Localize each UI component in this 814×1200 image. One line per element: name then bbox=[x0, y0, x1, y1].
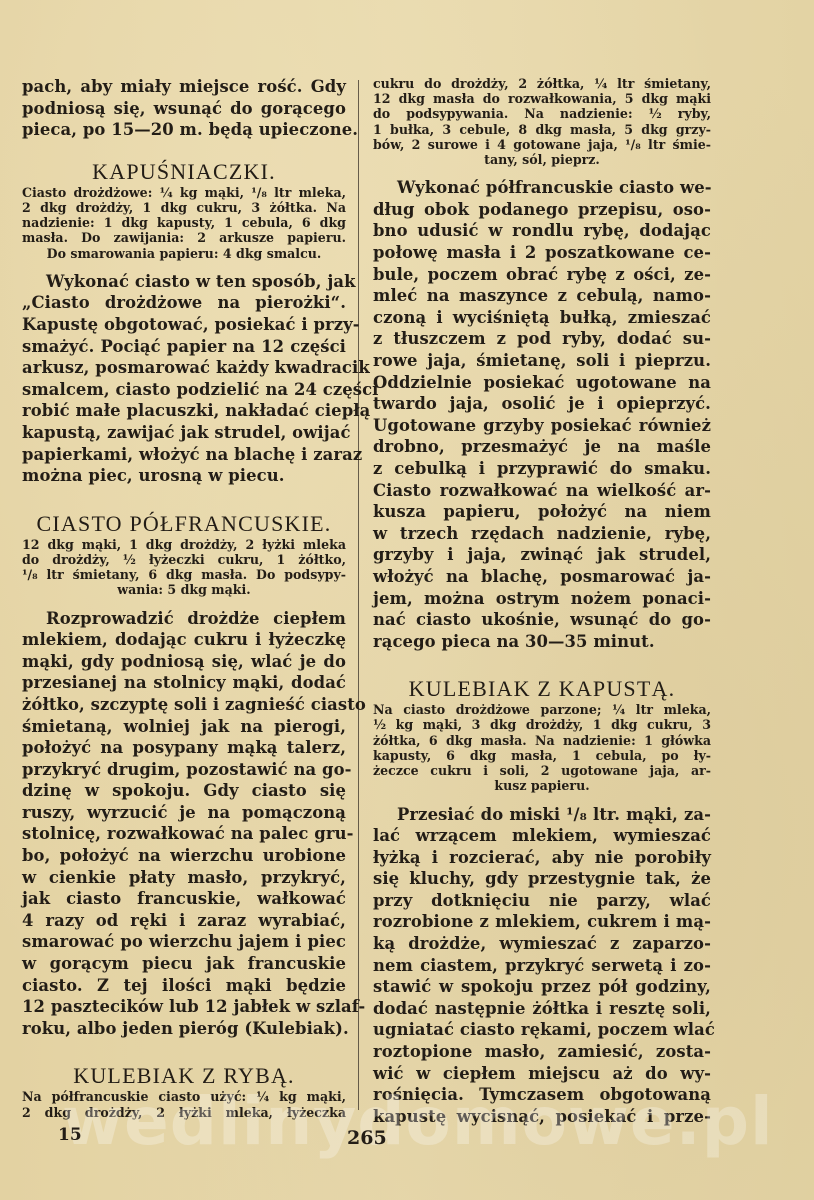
recipe-title-ciasto-polfrancuskie: CIASTO PÓŁFRANCUSKIE. bbox=[22, 511, 346, 537]
signature-mark: 15 bbox=[58, 1125, 82, 1145]
ingredient-line: kapusty, 6 dkg masła, 1 cebula, po ły- bbox=[373, 748, 711, 763]
text-line: podniosą się, wsunąć do gorącego bbox=[22, 98, 346, 120]
text-line: robić małe placuszki, nakładać ciepłą bbox=[22, 400, 346, 422]
text-line: grzyby i jaja, zwinąć jak strudel, bbox=[373, 544, 711, 566]
text-line: żółtko, szczyptę soli i zagnieść ciasto bbox=[22, 694, 346, 716]
book-page: pach, aby miały miejsce rość. Gdy podnio… bbox=[0, 0, 814, 1200]
text-line: pieca, po 15—20 m. będą upieczone. bbox=[22, 119, 346, 141]
ingredient-line: nadzienie: 1 dkg kapusty, 1 cebula, 6 dk… bbox=[22, 215, 346, 230]
text-line: przykryć drugim, pozostawić na go- bbox=[22, 759, 346, 781]
intro-paragraph: pach, aby miały miejsce rość. Gdy podnio… bbox=[22, 76, 346, 141]
watermark: wedlinydomowe.pl bbox=[62, 1083, 762, 1160]
text-line: Oddzielnie posiekać ugotowane na bbox=[373, 372, 711, 394]
text-line: „Ciasto drożdżowe na pierożki“. bbox=[22, 292, 346, 314]
text-line: rącego pieca na 30—35 minut. bbox=[373, 631, 711, 653]
text-line: smarować po wierzchu jajem i piec bbox=[22, 931, 346, 953]
text-line: mąki, gdy podniosą się, wlać je do bbox=[22, 651, 346, 673]
text-line: dodać następnie żółtka i resztę soli, bbox=[373, 998, 711, 1020]
text-line: Wykonać półfrancuskie ciasto we- bbox=[373, 177, 711, 199]
text-line: kusza papieru, położyć na niem bbox=[373, 501, 711, 523]
text-line: wić w ciepłem miejscu aż do wy- bbox=[373, 1063, 711, 1085]
text-line: Kapustę obgotować, posiekać i przy- bbox=[22, 314, 346, 336]
instructions-kulebiak-z-ryba: Wykonać półfrancuskie ciasto we- dług ob… bbox=[373, 177, 711, 652]
text-line: czoną i wyciśniętą bułką, zmieszać bbox=[373, 307, 711, 329]
ingredient-line: 1 bułka, 3 cebule, 8 dkg masła, 5 dkg gr… bbox=[373, 122, 711, 137]
text-line: 12 pasztecików lub 12 jabłek w szlaf- bbox=[22, 996, 346, 1018]
text-line: ugniatać ciasto rękami, poczem wlać bbox=[373, 1019, 711, 1041]
ingredient-line: Ciasto drożdżowe: ¼ kg mąki, ¹/₈ ltr mle… bbox=[22, 185, 346, 200]
text-line: kapustą, zawijać jak strudel, owijać bbox=[22, 422, 346, 444]
ingredient-line: żółtka, 6 dkg masła. Na nadzienie: 1 głó… bbox=[373, 733, 711, 748]
text-line: Ugotowane grzyby posiekać również bbox=[373, 415, 711, 437]
ingredient-line: ¹/₈ ltr śmietany, 6 dkg masła. Do podsyp… bbox=[22, 567, 346, 582]
text-line: położyć na posypany mąką talerz, bbox=[22, 737, 346, 759]
text-line: 4 razy od ręki i zaraz wyrabiać, bbox=[22, 910, 346, 932]
instructions-kapusniaczki: Wykonać ciasto w ten sposób, jak „Ciasto… bbox=[22, 271, 346, 487]
ingredient-line: 12 dkg mąki, 1 dkg drożdży, 2 łyżki mlek… bbox=[22, 537, 346, 552]
text-line: Wykonać ciasto w ten sposób, jak bbox=[22, 271, 346, 293]
ingredient-line: 2 dkg drożdży, 1 dkg cukru, 3 żółtka. Na bbox=[22, 200, 346, 215]
ingredients-ciasto-polfrancuskie: 12 dkg mąki, 1 dkg drożdży, 2 łyżki mlek… bbox=[22, 537, 346, 598]
text-line: łyżką i rozcierać, aby nie porobiły bbox=[373, 847, 711, 869]
ingredient-line: tany, sól, pieprz. bbox=[373, 152, 711, 167]
text-line: Przesiać do miski ¹/₈ ltr. mąki, za- bbox=[373, 804, 711, 826]
ingredient-line: wania: 5 dkg mąki. bbox=[22, 582, 346, 597]
text-line: Rozprowadzić drożdże ciepłem bbox=[22, 608, 346, 630]
page-number: 265 bbox=[347, 1127, 387, 1149]
ingredient-line: bów, 2 surowe i 4 gotowane jaja, ¹/₈ ltr… bbox=[373, 137, 711, 152]
text-line: mleć na maszynce z cebulą, namo- bbox=[373, 285, 711, 307]
text-line: ką drożdże, wymieszać z zaparzo- bbox=[373, 933, 711, 955]
text-line: Ciasto rozwałkować na wielkość ar- bbox=[373, 480, 711, 502]
ingredient-line: cukru do drożdży, 2 żółtka, ¼ ltr śmieta… bbox=[373, 76, 711, 91]
ingredients-kapusniaczki: Ciasto drożdżowe: ¼ kg mąki, ¹/₈ ltr mle… bbox=[22, 185, 346, 261]
text-line: się kluchy, gdy przestygnie tak, że bbox=[373, 868, 711, 890]
instructions-kulebiak-z-kapusta: Przesiać do miski ¹/₈ ltr. mąki, za- lać… bbox=[373, 804, 711, 1128]
text-line: dzinę w spokoju. Gdy ciasto się bbox=[22, 780, 346, 802]
text-line: roku, albo jeden pieróg (Kulebiak). bbox=[22, 1018, 346, 1040]
text-line: w gorącym piecu jak francuskie bbox=[22, 953, 346, 975]
text-line: mlekiem, dodając cukru i łyżeczkę bbox=[22, 629, 346, 651]
instructions-ciasto-polfrancuskie: Rozprowadzić drożdże ciepłem mlekiem, do… bbox=[22, 608, 346, 1040]
ingredients-kulebiak-z-kapusta: Na ciasto drożdżowe parzone; ¼ ltr mleka… bbox=[373, 702, 711, 793]
text-line: przy dotknięciu nie parzy, wlać bbox=[373, 890, 711, 912]
text-line: nać ciasto ukośnie, wsunąć do go- bbox=[373, 609, 711, 631]
text-line: drobno, przesmażyć je na maśle bbox=[373, 436, 711, 458]
text-line: rowe jaja, śmietanę, soli i pieprzu. bbox=[373, 350, 711, 372]
ingredient-line: kusz papieru. bbox=[373, 778, 711, 793]
text-line: w cienkie płaty masło, przykryć, bbox=[22, 867, 346, 889]
text-line: dług obok podanego przepisu, oso- bbox=[373, 199, 711, 221]
ingredient-line: ½ kg mąki, 3 dkg drożdży, 1 dkg cukru, 3 bbox=[373, 717, 711, 732]
text-line: bno udusić w rondlu rybę, dodając bbox=[373, 220, 711, 242]
text-line: stawić w spokoju przez pół godziny, bbox=[373, 976, 711, 998]
text-line: w trzech rzędach nadzienie, rybę, bbox=[373, 523, 711, 545]
text-line: przesianej na stolnicy mąki, dodać bbox=[22, 672, 346, 694]
ingredient-line: masła. Do zawijania: 2 arkusze papieru. bbox=[22, 230, 346, 245]
text-line: włożyć na blachę, posmarować ja- bbox=[373, 566, 711, 588]
text-line: lać wrzącem mlekiem, wymieszać bbox=[373, 825, 711, 847]
text-line: bo, położyć na wierzchu urobione bbox=[22, 845, 346, 867]
text-line: twardo jaja, osolić je i opieprzyć. bbox=[373, 393, 711, 415]
text-line: papierkami, włożyć na blachę i zaraz bbox=[22, 444, 346, 466]
recipe-title-kapusniaczki: KAPUŚNIACZKI. bbox=[22, 159, 346, 185]
text-line: ruszy, wyrzucić je na pomączoną bbox=[22, 802, 346, 824]
text-line: smażyć. Pociąć papier na 12 części bbox=[22, 336, 346, 358]
text-line: bule, poczem obrać rybę z ości, ze- bbox=[373, 264, 711, 286]
text-line: ciasto. Z tej ilości mąki będzie bbox=[22, 975, 346, 997]
ingredient-line: Na ciasto drożdżowe parzone; ¼ ltr mleka… bbox=[373, 702, 711, 717]
text-line: połowę masła i 2 poszatkowane ce- bbox=[373, 242, 711, 264]
text-line: stolnicę, rozwałkować na palec gru- bbox=[22, 823, 346, 845]
text-line: smalcem, ciasto podzielić na 24 części bbox=[22, 379, 346, 401]
text-line: rozrobione z mlekiem, cukrem i mą- bbox=[373, 911, 711, 933]
text-line: roztopione masło, zamiesić, zosta- bbox=[373, 1041, 711, 1063]
ingredient-line: do podsypywania. Na nadzienie: ½ ryby, bbox=[373, 106, 711, 121]
right-column: cukru do drożdży, 2 żółtka, ¼ ltr śmieta… bbox=[373, 76, 711, 1127]
ingredient-line: do drożdży, ½ łyżeczki cukru, 1 żółtko, bbox=[22, 552, 346, 567]
text-line: z tłuszczem z pod ryby, dodać su- bbox=[373, 328, 711, 350]
text-line: można piec, urosną w piecu. bbox=[22, 465, 346, 487]
ingredient-line: żeczce cukru i soli, 2 ugotowane jaja, a… bbox=[373, 763, 711, 778]
text-line: śmietaną, wolniej jak na pierogi, bbox=[22, 716, 346, 738]
text-line: jem, można ostrym nożem ponaci- bbox=[373, 588, 711, 610]
text-line: nem ciastem, przykryć serwetą i zo- bbox=[373, 955, 711, 977]
ingredients-kulebiak-z-ryba-continued: cukru do drożdży, 2 żółtka, ¼ ltr śmieta… bbox=[373, 76, 711, 167]
recipe-title-kulebiak-z-kapusta: KULEBIAK Z KAPUSTĄ. bbox=[373, 676, 711, 702]
column-divider bbox=[358, 80, 359, 1110]
ingredient-line: Do smarowania papieru: 4 dkg smalcu. bbox=[22, 246, 346, 261]
ingredient-line: 12 dkg masła do rozwałkowania, 5 dkg mąk… bbox=[373, 91, 711, 106]
text-line: jak ciasto francuskie, wałkować bbox=[22, 888, 346, 910]
left-column: pach, aby miały miejsce rość. Gdy podnio… bbox=[22, 76, 346, 1120]
text-line: arkusz, posmarować każdy kwadracik bbox=[22, 357, 346, 379]
text-line: pach, aby miały miejsce rość. Gdy bbox=[22, 76, 346, 98]
text-line: z cebulką i przyprawić do smaku. bbox=[373, 458, 711, 480]
